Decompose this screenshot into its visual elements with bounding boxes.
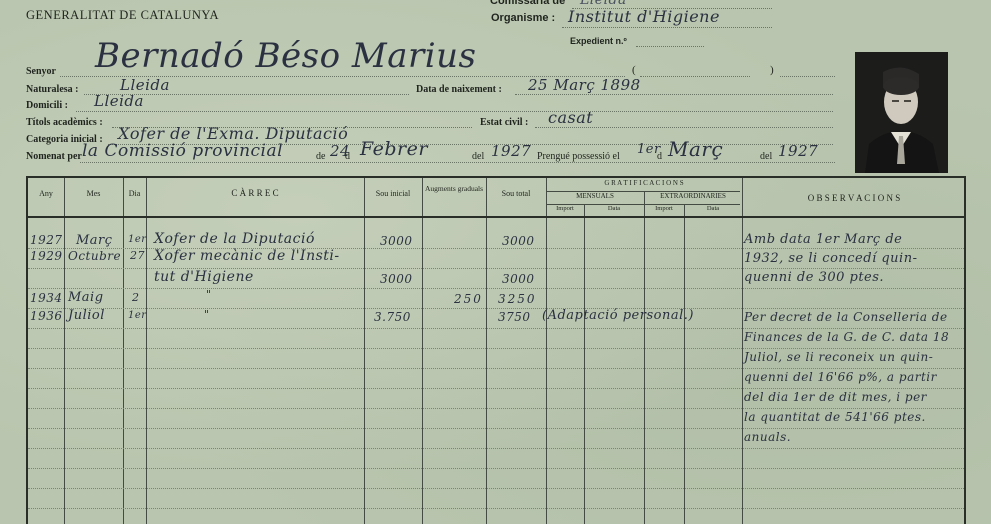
senyor-label: Senyor xyxy=(26,66,56,77)
col-mensuals: MENSUALS xyxy=(546,192,644,200)
obs-line-5: Per decret de la Conselleria de xyxy=(744,310,948,324)
row5-sou-total: 3750 xyxy=(498,310,531,324)
institution-title: GENERALITAT DE CATALUNYA xyxy=(26,8,219,23)
row4-any: 1934 xyxy=(30,291,63,305)
row5-carrec: " xyxy=(204,308,210,321)
organisme-label: Organisme : xyxy=(491,12,555,24)
portrait-photo xyxy=(855,52,948,173)
col-augments: Augments graduals xyxy=(422,184,486,194)
domicili-label: Domicili : xyxy=(26,100,68,111)
row2-mes: Octubre xyxy=(68,249,121,263)
row4-mes: Maig xyxy=(68,290,104,305)
row1-dia: 1er xyxy=(128,234,147,245)
row1-any: 1927 xyxy=(30,233,63,247)
titols-label: Títols acadèmics : xyxy=(26,117,103,128)
expedient-label: Expedient n.º xyxy=(570,36,627,46)
obs-line-3: quenni de 300 ptes. xyxy=(744,270,884,285)
domicili-value: Lleida xyxy=(94,92,144,110)
nomenat-line xyxy=(80,162,835,163)
row5-sou-inicial: 3.750 xyxy=(374,310,411,324)
estat-civil-line xyxy=(535,127,833,128)
row3-sou-inicial: 3000 xyxy=(380,272,413,286)
row2-dia: 27 xyxy=(130,249,145,262)
col-sou-total: Sou total xyxy=(486,189,546,198)
col-extraordinaries: EXTRAORDINARIES xyxy=(644,192,742,200)
obs-line-11: anuals. xyxy=(744,430,791,444)
row2-any: 1929 xyxy=(30,249,63,263)
row5-nota: (Adaptació personal.) xyxy=(542,308,694,323)
row1-carrec: Xofer de la Diputació xyxy=(154,231,315,247)
organisme-value: Institut d'Higiene xyxy=(568,7,720,26)
possessio-del-label: del xyxy=(760,151,772,162)
col-gratificacions: G R A T I F I C A C I O N S xyxy=(546,179,742,187)
obs-line-2: 1932, se li concedí quin- xyxy=(744,251,917,266)
paren-open: ( xyxy=(632,64,636,76)
row4-dia: 2 xyxy=(132,291,140,304)
estat-civil-value: casat xyxy=(548,108,593,127)
nomenat-d-label: d xyxy=(345,151,350,162)
row1-sou-inicial: 3000 xyxy=(380,234,413,248)
col-observacions: O B S E R V A C I O N S xyxy=(742,193,966,203)
col-dia: Dia xyxy=(123,189,146,198)
obs-line-7: Juliol, se li reconeix un quin- xyxy=(744,350,933,364)
col-mes: Mes xyxy=(64,189,123,198)
nomenat-mes: Febrer xyxy=(360,138,428,160)
document-page: GENERALITAT DE CATALUNYA Comissaria de L… xyxy=(0,0,991,524)
col-mensuals-import: Import xyxy=(546,205,584,212)
senyor-value: Bernadó Béso Marius xyxy=(95,36,476,76)
possessio-label: Prengué possessió el xyxy=(537,151,620,162)
row1-sou-total: 3000 xyxy=(502,234,535,248)
domicili-line xyxy=(76,111,833,112)
obs-line-6: Finances de la G. de C. data 18 xyxy=(744,330,949,344)
naixement-label: Data de naixement : xyxy=(416,84,502,95)
row5-mes: Juliol xyxy=(68,308,105,323)
nomenat-del-label: del xyxy=(472,151,484,162)
col-extra-import: Import xyxy=(644,205,684,212)
row5-any: 1936 xyxy=(30,309,63,323)
obs-line-9: del dia 1er de dit mes, i per xyxy=(744,390,927,404)
obs-line-8: quenni del 16'66 p%, a partir xyxy=(744,370,937,384)
nomenat-de-label: de xyxy=(316,151,325,162)
row5-dia: 1er xyxy=(128,310,147,321)
nomenat-value: la Comissió provincial xyxy=(82,141,283,161)
col-carrec: C À R R E C xyxy=(146,188,364,198)
nomenat-label: Nomenat per xyxy=(26,151,82,162)
possessio-d-label: d xyxy=(657,151,662,162)
naturalesa-label: Naturalesa : xyxy=(26,84,79,95)
row4-augments: 250 xyxy=(454,292,483,306)
row4-carrec: " xyxy=(206,288,212,301)
row2-carrec: Xofer mecànic de l'Insti- xyxy=(154,248,340,264)
obs-line-10: la quantitat de 541'66 ptes. xyxy=(744,410,926,424)
possessio-any: 1927 xyxy=(778,142,818,160)
col-mensuals-data: Data xyxy=(584,205,644,212)
possessio-mes: Març xyxy=(668,137,723,161)
expedient-line xyxy=(636,46,704,47)
col-sou-inicial: Sou inicial xyxy=(364,189,422,198)
paren-close: ) xyxy=(770,64,774,76)
col-extra-data: Data xyxy=(684,205,742,212)
service-record-table: Any Mes Dia C À R R E C Sou inicial Augm… xyxy=(26,176,966,524)
organisme-line xyxy=(562,27,772,28)
portrait-figure-icon xyxy=(855,52,948,173)
nomenat-any: 1927 xyxy=(491,142,531,160)
row1-mes: Març xyxy=(76,233,113,248)
alias-extra-line xyxy=(780,76,835,77)
comissaria-label: Comissaria de xyxy=(490,0,565,7)
alias-line xyxy=(640,76,750,77)
row3-sou-total: 3000 xyxy=(502,272,535,286)
row4-sou-total: 3250 xyxy=(498,292,537,306)
col-any: Any xyxy=(28,189,64,198)
estat-civil-label: Estat civil : xyxy=(480,117,528,128)
obs-line-1: Amb data 1er Març de xyxy=(744,232,902,247)
naixement-line xyxy=(515,94,833,95)
row3-carrec: tut d'Higiene xyxy=(154,269,254,285)
naixement-value: 25 Març 1898 xyxy=(528,76,641,94)
